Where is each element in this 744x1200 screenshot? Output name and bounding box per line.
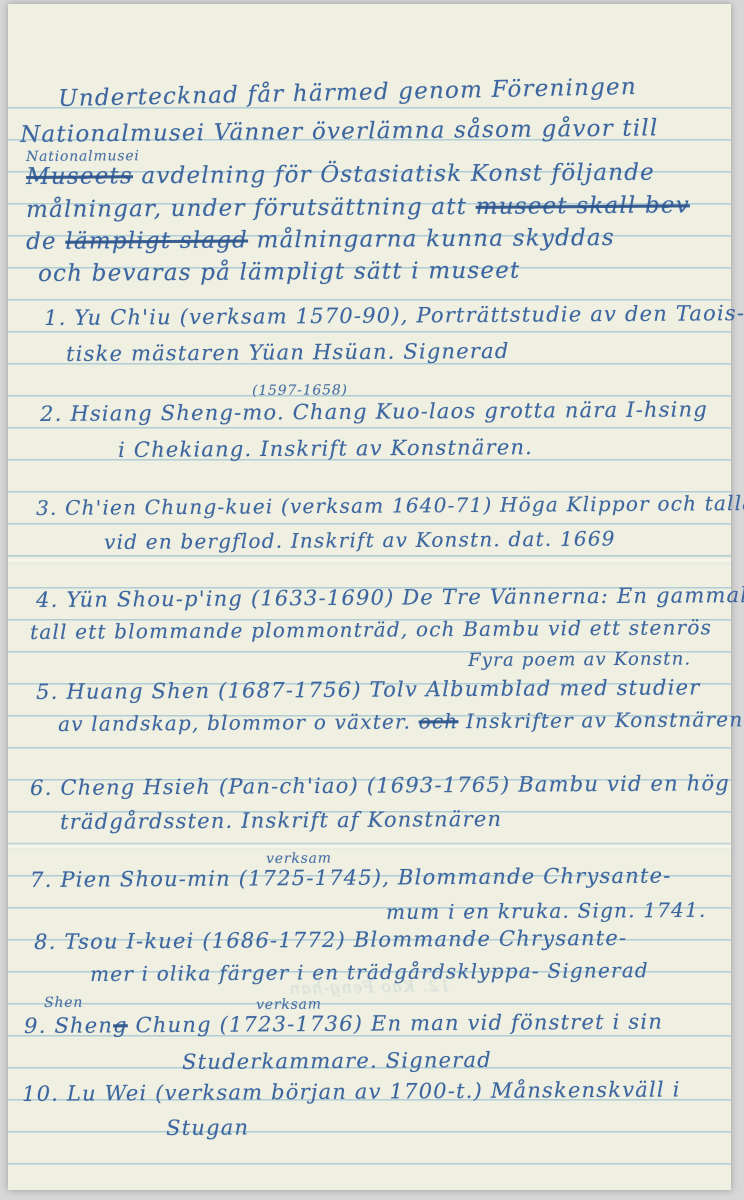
- handwritten-line: Museets avdelning för Östasiatisk Konst …: [26, 160, 655, 190]
- handwritten-line: trädgårdssten. Inskrift af Konstnären: [60, 807, 502, 834]
- handwritten-line: av landskap, blommor o växter. och Inskr…: [58, 707, 743, 736]
- text-run: 1. Yu Ch'iu (verksam 1570-90), Porträtts…: [44, 301, 744, 330]
- text-run: 7. Pien Shou-min (1725-1745), Blommande …: [30, 864, 672, 892]
- text-run: verksam: [266, 851, 332, 867]
- handwritten-line: 1. Yu Ch'iu (verksam 1570-90), Porträtts…: [44, 301, 744, 330]
- handwritten-line: tiske mästaren Yüan Hsüan. Signerad: [66, 339, 510, 366]
- handwritten-line: målningar, under förutsättning att musee…: [26, 192, 690, 223]
- handwritten-line: 6. Cheng Hsieh (Pan-ch'iao) (1693-1765) …: [30, 771, 730, 800]
- text-run: vid en bergflod. Inskrift av Konstn. dat…: [104, 526, 616, 554]
- text-run: Inskrifter av Konstnären: [458, 707, 743, 733]
- inserted-word: (1597-1658): [252, 382, 348, 399]
- text-run: verksam: [256, 997, 322, 1013]
- text-run: Undertecknad får härmed genom Föreningen: [58, 74, 637, 112]
- ink-bleedthrough: 12. Kao Feng-han: [288, 976, 450, 998]
- inserted-word: verksam: [256, 997, 322, 1013]
- text-run: tall ett blommande plommonträd, och Bamb…: [30, 615, 712, 644]
- handwritten-line: 4. Yün Shou-p'ing (1633-1690) De Tre Vän…: [36, 583, 744, 612]
- text-run: (1597-1658): [252, 382, 348, 399]
- struck-text: g: [113, 1013, 128, 1037]
- handwritten-line: Fyra poem av Konstn.: [468, 648, 691, 671]
- text-run: tiske mästaren Yüan Hsüan. Signerad: [66, 339, 510, 366]
- handwritten-line: 5. Huang Shen (1687-1756) Tolv Albumblad…: [36, 675, 701, 704]
- handwritten-line: mum i en kruka. Sign. 1741.: [386, 898, 707, 924]
- text-run: och bevaras på lämpligt sätt i museet: [38, 258, 520, 287]
- text-run: 12. Kao Feng-han: [288, 976, 450, 998]
- handwritten-line: 9. Sheng Chung (1723-1736) En man vid fö…: [24, 1010, 663, 1038]
- text-run: Nationalmusei Vänner överlämna såsom gåv…: [20, 115, 659, 148]
- text-run: trädgårdssten. Inskrift af Konstnären: [60, 807, 502, 834]
- text-run: Shen: [44, 995, 83, 1011]
- text-run: i Chekiang. Inskrift av Konstnären.: [118, 435, 533, 462]
- handwritten-line: de lämpligt slagd målningarna kunna skyd…: [26, 225, 615, 255]
- handwritten-line: Stugan: [166, 1115, 249, 1140]
- text-run: mum i en kruka. Sign. 1741.: [386, 898, 707, 924]
- handwriting-layer: Undertecknad får härmed genom Föreningen…: [0, 0, 744, 1200]
- inserted-word: verksam: [266, 851, 332, 867]
- text-run: 4. Yün Shou-p'ing (1633-1690) De Tre Vän…: [36, 583, 744, 612]
- text-run: av landskap, blommor o växter.: [58, 709, 419, 736]
- handwritten-line: och bevaras på lämpligt sätt i museet: [38, 258, 520, 287]
- text-run: målningarna kunna skyddas: [248, 225, 615, 254]
- handwritten-line: 8. Tsou I-kuei (1686-1772) Blommande Chr…: [34, 926, 627, 954]
- text-run: 9. Shen: [24, 1013, 113, 1038]
- text-run: målningar, under förutsättning att: [26, 194, 476, 223]
- handwritten-line: 7. Pien Shou-min (1725-1745), Blommande …: [30, 864, 672, 892]
- handwritten-line: i Chekiang. Inskrift av Konstnären.: [118, 435, 533, 462]
- text-run: Fyra poem av Konstn.: [468, 648, 691, 671]
- inserted-word: Shen: [44, 995, 83, 1011]
- scanned-page: Undertecknad får härmed genom Föreningen…: [0, 0, 744, 1200]
- text-run: 2. Hsiang Sheng-mo. Chang Kuo-laos grott…: [40, 397, 708, 426]
- text-run: 10. Lu Wei (verksam början av 1700-t.) M…: [22, 1077, 681, 1106]
- struck-text: museet skall bev: [476, 192, 690, 219]
- text-run: 5. Huang Shen (1687-1756) Tolv Albumblad…: [36, 675, 701, 704]
- text-run: 8. Tsou I-kuei (1686-1772) Blommande Chr…: [34, 926, 627, 954]
- handwritten-line: tall ett blommande plommonträd, och Bamb…: [30, 615, 712, 644]
- handwritten-line: vid en bergflod. Inskrift av Konstn. dat…: [104, 526, 616, 554]
- struck-text: lämpligt slagd: [65, 227, 248, 254]
- text-run: Studerkammare. Signerad: [182, 1048, 492, 1074]
- text-run: Chung (1723-1736) En man vid fönstret i …: [128, 1010, 663, 1038]
- text-run: 3. Ch'ien Chung-kuei (verksam 1640-71) H…: [36, 491, 744, 520]
- handwritten-line: Nationalmusei Vänner överlämna såsom gåv…: [20, 115, 659, 148]
- handwritten-line: 2. Hsiang Sheng-mo. Chang Kuo-laos grott…: [40, 397, 708, 426]
- text-run: avdelning för Östasiatisk Konst följande: [133, 160, 655, 190]
- text-run: 6. Cheng Hsieh (Pan-ch'iao) (1693-1765) …: [30, 771, 730, 800]
- text-run: Stugan: [166, 1115, 249, 1140]
- struck-text: Museets: [26, 163, 133, 190]
- handwritten-line: Studerkammare. Signerad: [182, 1048, 492, 1074]
- handwritten-line: 10. Lu Wei (verksam början av 1700-t.) M…: [22, 1077, 681, 1106]
- text-run: de: [26, 229, 65, 255]
- handwritten-line: Undertecknad får härmed genom Föreningen: [58, 74, 637, 112]
- struck-text: och: [419, 709, 459, 733]
- handwritten-line: 3. Ch'ien Chung-kuei (verksam 1640-71) H…: [36, 491, 744, 520]
